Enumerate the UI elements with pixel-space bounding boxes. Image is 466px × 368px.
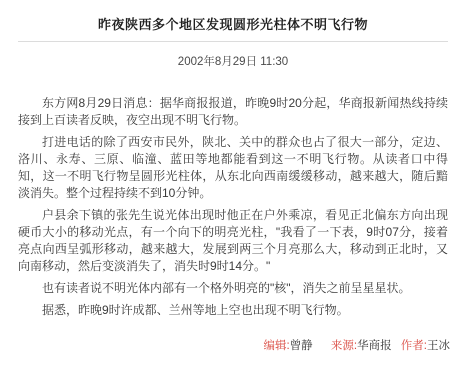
article-paragraph: 户县余下镇的张先生说光体出现时他正在户外乘凉，看见正北偏东方向出现硬币大小的移动… bbox=[18, 207, 448, 275]
editor-label: 编辑: bbox=[263, 340, 289, 352]
article-page: 昨夜陕西多个地区发现圆形光柱体不明飞行物 2002年8月29日 11:30 东方… bbox=[0, 0, 466, 368]
article-title: 昨夜陕西多个地区发现圆形光柱体不明飞行物 bbox=[0, 0, 466, 33]
publish-date: 2002年8月29日 11:30 bbox=[0, 53, 466, 69]
editor-name: 曾静 bbox=[290, 340, 313, 352]
source-label: 来源: bbox=[331, 340, 357, 352]
source-credit: 来源:华商报 bbox=[331, 340, 392, 352]
article-body: 东方网8月29日消息：据华商报报道，昨晚9时20分起，华商报新闻热线持续接到上百… bbox=[0, 69, 466, 319]
editor-credit: 编辑:曾静 bbox=[263, 340, 312, 352]
author-name: 王冰 bbox=[427, 340, 450, 352]
article-paragraph: 打进电话的除了西安市民外，陕北、关中的群众也占了很大一部分，定边、洛川、永寿、三… bbox=[18, 134, 448, 202]
author-label: 作者: bbox=[401, 340, 427, 352]
article-paragraph: 也有读者说不明光体内部有一个格外明亮的"核"，消失之前呈星星状。 bbox=[18, 280, 448, 297]
article-paragraph: 据悉，昨晚9时许成都、兰州等地上空也出现不明飞行物。 bbox=[18, 302, 448, 319]
author-credit: 作者:王冰 bbox=[401, 340, 450, 352]
source-name: 华商报 bbox=[357, 340, 392, 352]
article-footer: 编辑:曾静 来源:华商报 作者:王冰 bbox=[0, 337, 466, 353]
title-divider bbox=[18, 41, 448, 42]
article-paragraph: 东方网8月29日消息：据华商报报道，昨晚9时20分起，华商报新闻热线持续接到上百… bbox=[18, 95, 448, 129]
